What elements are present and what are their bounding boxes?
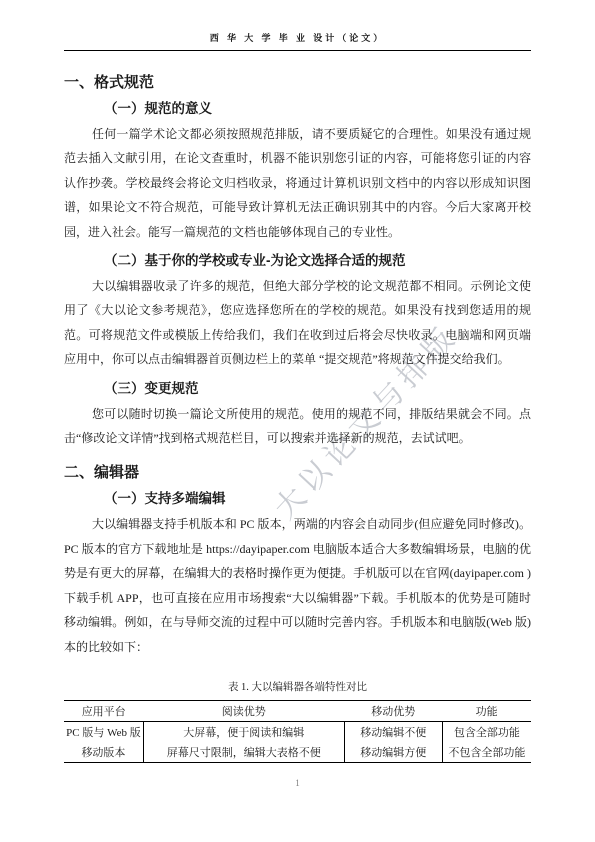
subsection-heading-multi-device: （一）支持多端编辑 — [64, 490, 531, 508]
table-cell: 移动编辑方便 — [344, 742, 442, 763]
document-body: 一、格式规范 （一）规范的意义 任何一篇学术论文都必须按照规范排版，请不要质疑它… — [64, 66, 531, 763]
page-number: 1 — [0, 778, 595, 788]
subsection-heading-change-rule: （三）变更规范 — [64, 380, 531, 398]
table-caption: 表 1. 大以编辑器各端特性对比 — [64, 679, 531, 694]
table-header-platform: 应用平台 — [64, 700, 143, 721]
page-header-title: 西 华 大 学 毕 业 设计（论文） — [210, 33, 386, 43]
page-header: 西 华 大 学 毕 业 设计（论文） — [64, 31, 531, 51]
table-cell: 不包含全部功能 — [442, 742, 531, 763]
paragraph-multi-device: 大以编辑器支持手机版本和 PC 版本，两端的内容会自动同步(但应避免同时修改)。… — [64, 512, 531, 658]
table-cell: 包含全部功能 — [442, 721, 531, 742]
subsection-heading-choose-rule: （二）基于你的学校或专业-为论文选择合适的规范 — [64, 252, 531, 270]
table-header-row: 应用平台 阅读优势 移动优势 功能 — [64, 700, 531, 721]
section-heading-editor: 二、编辑器 — [64, 464, 531, 482]
table-cell: 移动版本 — [64, 742, 143, 763]
table-row: 移动版本 屏幕尺寸限制，编辑大表格不便 移动编辑方便 不包含全部功能 — [64, 742, 531, 763]
comparison-table: 应用平台 阅读优势 移动优势 功能 PC 版与 Web 版 大屏幕，便于阅读和编… — [64, 700, 531, 763]
table-cell: 屏幕尺寸限制，编辑大表格不便 — [143, 742, 344, 763]
table-cell: 移动编辑不便 — [344, 721, 442, 742]
paragraph-rule-meaning: 任何一篇学术论文都必须按照规范排版，请不要质疑它的合理性。如果没有通过规范去插入… — [64, 122, 531, 244]
table-header-features: 功能 — [442, 700, 531, 721]
subsection-heading-rule-meaning: （一）规范的意义 — [64, 100, 531, 118]
table-cell: PC 版与 Web 版 — [64, 721, 143, 742]
table-header-mobility: 移动优势 — [344, 700, 442, 721]
table-row: PC 版与 Web 版 大屏幕，便于阅读和编辑 移动编辑不便 包含全部功能 — [64, 721, 531, 742]
paragraph-change-rule: 您可以随时切换一篇论文所使用的规范。使用的规范不同，排版结果就会不同。点击“修改… — [64, 402, 531, 451]
document-page: 西 华 大 学 毕 业 设计（论文） 大以论文与排版 一、格式规范 （一）规范的… — [0, 0, 595, 842]
paragraph-choose-rule: 大以编辑器收录了许多的规范，但绝大部分学校的论文规范都不相同。示例论文使用了《大… — [64, 274, 531, 372]
table-cell: 大屏幕，便于阅读和编辑 — [143, 721, 344, 742]
section-heading-format-rules: 一、格式规范 — [64, 74, 531, 92]
table-header-reading: 阅读优势 — [143, 700, 344, 721]
